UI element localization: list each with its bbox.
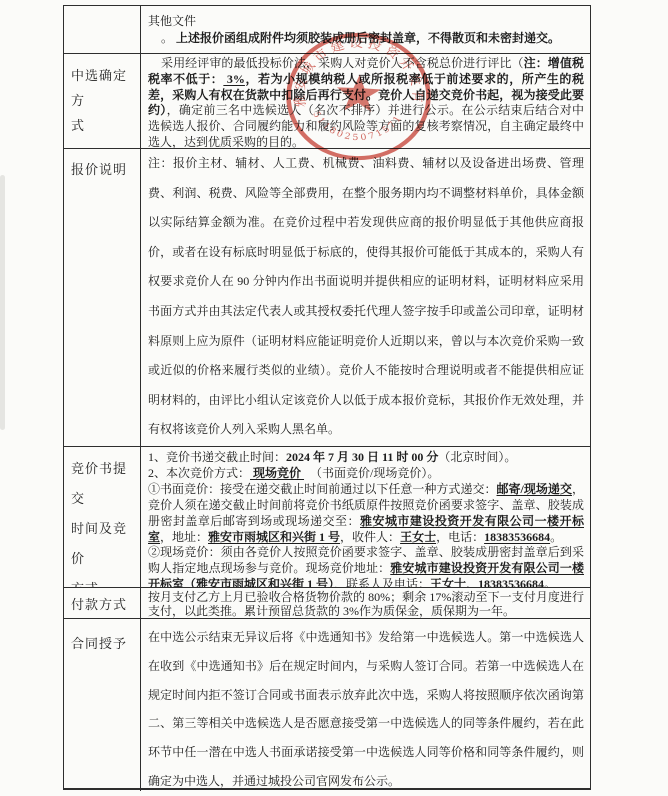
row-submission-time-method: 竞价书提交时间及竞价方式1、竞价书递交截止时间：2024 年 7 月 30 日 … bbox=[64, 446, 590, 587]
paragraph: 2、本次竞价方式： 现场竞价 （书面竞价/现场竞价）。 bbox=[148, 466, 584, 482]
row-label-line: 报价说明 bbox=[71, 161, 136, 178]
row-label-line: 时间及竞价 bbox=[71, 514, 136, 574]
text-segment: 王女士 bbox=[400, 530, 436, 544]
paragraph: ②现场竞价：须由各竞价人按照竞价函要求签字、盖章、胶装成册密封盖章后到采购人指定… bbox=[148, 545, 584, 587]
row-label-line: 合同授予 bbox=[71, 635, 136, 652]
row-selection-method-content: 采用经评审的最低投标价法，采购人对竞价人不含税总价进行评比（注：增值税税率不低于… bbox=[141, 54, 590, 148]
row-label-line: 式 bbox=[71, 113, 136, 138]
text-segment: 在中选公示结束无异议后将《中选通知书》发给第一中选候选人。第一中选候选人在收到《… bbox=[148, 630, 584, 788]
scan-artifact bbox=[0, 175, 5, 430]
text-segment: 按月支付乙方上月已验收合格货物价款的 80%；剩余 17%滚动至下一支付月度进行… bbox=[148, 590, 584, 618]
row-quotation-notes-label: 报价说明 bbox=[64, 149, 141, 446]
paragraph: 采用经评审的最低投标价法，采购人对竞价人不含税总价进行评比（注：增值税税率不低于… bbox=[148, 56, 584, 148]
row-label-line: 竞价书提交 bbox=[71, 454, 136, 514]
text-segment: 现场竞价 bbox=[250, 466, 304, 480]
text-segment: 采用经评审的最低投标价法，采购人对竞价人不含税总价进行评比（ bbox=[161, 56, 524, 70]
text-segment: ，收件人： bbox=[340, 530, 400, 544]
row-contract-award-content: 在中选公示结束无异议后将《中选通知书》发给第一中选候选人。第一中选候选人在收到《… bbox=[141, 619, 590, 791]
row-other-documents: 其他文件。 上述报价函组成附件均须胶装成册后密封盖章，不得散页和未密封递交。 bbox=[64, 6, 590, 53]
row-payment-method-label: 付款方式 bbox=[64, 588, 141, 618]
text-segment: 雅安市雨城区和兴街 1 号 bbox=[208, 530, 340, 544]
text-segment: ，电话： bbox=[436, 530, 484, 544]
paragraph: 其他文件 bbox=[148, 13, 584, 30]
paragraph: ①书面竞价：接受在递交截止时间前通过以下任意一种方式递交：邮寄/现场递交，竞价人… bbox=[148, 482, 584, 546]
text-segment: ①书面竞价：接受在递交截止时间前通过以下任意一种方式递交： bbox=[148, 482, 497, 496]
text-segment: ，联系人及电话： bbox=[334, 577, 430, 587]
row-selection-method-label: 中选确定方式 bbox=[64, 54, 141, 148]
text-segment: 2024 年 7 月 30 日 11 时 00 分 bbox=[286, 450, 438, 464]
procurement-table: 其他文件。 上述报价函组成附件均须胶装成册后密封盖章，不得散页和未密封递交。中选… bbox=[63, 5, 591, 790]
text-segment: 。 bbox=[544, 577, 556, 587]
text-segment: （书面竞价/现场竞价）。 bbox=[304, 466, 439, 480]
row-submission-time-method-label: 竞价书提交时间及竞价方式 bbox=[64, 447, 141, 587]
row-other-documents-content: 其他文件。 上述报价函组成附件均须胶装成册后密封盖章，不得散页和未密封递交。 bbox=[141, 6, 590, 53]
paragraph: 。 上述报价函组成附件均须胶装成册后密封盖章，不得散页和未密封递交。 bbox=[148, 30, 584, 47]
paragraph: 注：报价主材、辅材、人工费、机械费、油料费、辅材以及设备进出场费、管理费、利润、… bbox=[148, 149, 584, 445]
text-segment: 2、本次竞价方式： bbox=[148, 466, 250, 480]
text-segment: 邮寄/现场递交 bbox=[497, 482, 572, 496]
text-segment: 1、竞价书递交截止时间： bbox=[148, 450, 286, 464]
row-quotation-notes-content: 注：报价主材、辅材、人工费、机械费、油料费、辅材以及设备进出场费、管理费、利润、… bbox=[141, 149, 590, 446]
text-segment: 18383536684 bbox=[484, 530, 550, 544]
paragraph: 1、竞价书递交截止时间：2024 年 7 月 30 日 11 时 00 分（北京… bbox=[148, 450, 584, 466]
text-segment: 注：报价主材、辅材、人工费、机械费、油料费、辅材以及设备进出场费、管理费、利润、… bbox=[148, 156, 584, 436]
row-selection-method: 中选确定方式采用经评审的最低投标价法，采购人对竞价人不含税总价进行评比（注：增值… bbox=[64, 53, 590, 148]
row-payment-method-content: 按月支付乙方上月已验收合格货物价款的 80%；剩余 17%滚动至下一支付月度进行… bbox=[141, 588, 590, 618]
paragraph: 按月支付乙方上月已验收合格货物价款的 80%；剩余 17%滚动至下一支付月度进行… bbox=[148, 590, 584, 618]
row-label-line: 付款方式 bbox=[71, 596, 136, 613]
text-segment: 。 bbox=[550, 530, 562, 544]
row-other-documents-label bbox=[64, 6, 141, 53]
text-segment: ，地址： bbox=[160, 530, 208, 544]
scanned-document-page: 其他文件。 上述报价函组成附件均须胶装成册后密封盖章，不得散页和未密封递交。中选… bbox=[0, 0, 668, 796]
row-contract-award-label: 合同授予 bbox=[64, 619, 141, 791]
row-payment-method: 付款方式按月支付乙方上月已验收合格货物价款的 80%；剩余 17%滚动至下一支付… bbox=[64, 587, 590, 618]
text-segment: 其他文件 bbox=[148, 14, 196, 28]
row-quotation-notes: 报价说明注：报价主材、辅材、人工费、机械费、油料费、辅材以及设备进出场费、管理费… bbox=[64, 148, 590, 446]
text-segment: 。 bbox=[161, 31, 176, 45]
text-segment: 3% bbox=[223, 72, 245, 86]
row-label-line: 中选确定方 bbox=[71, 63, 136, 113]
text-segment: （北京时间）。 bbox=[438, 450, 516, 464]
text-segment: ，确定前三名中选候选人（名次不排序）并进行公示。在公示结束后结合对中选候选人报价… bbox=[148, 103, 584, 148]
row-submission-time-method-content: 1、竞价书递交截止时间：2024 年 7 月 30 日 11 时 00 分（北京… bbox=[141, 447, 590, 587]
text-segment: 王女士，18383536684 bbox=[430, 577, 544, 587]
paragraph: 在中选公示结束无异议后将《中选通知书》发给第一中选候选人。第一中选候选人在收到《… bbox=[148, 623, 584, 791]
text-segment: 上述报价函组成附件均须胶装成册后密封盖章，不得散页和未密封递交。 bbox=[176, 31, 560, 45]
row-label-line: 方式 bbox=[71, 574, 136, 587]
row-contract-award: 合同授予在中选公示结束无异议后将《中选通知书》发给第一中选候选人。第一中选候选人… bbox=[64, 618, 590, 791]
